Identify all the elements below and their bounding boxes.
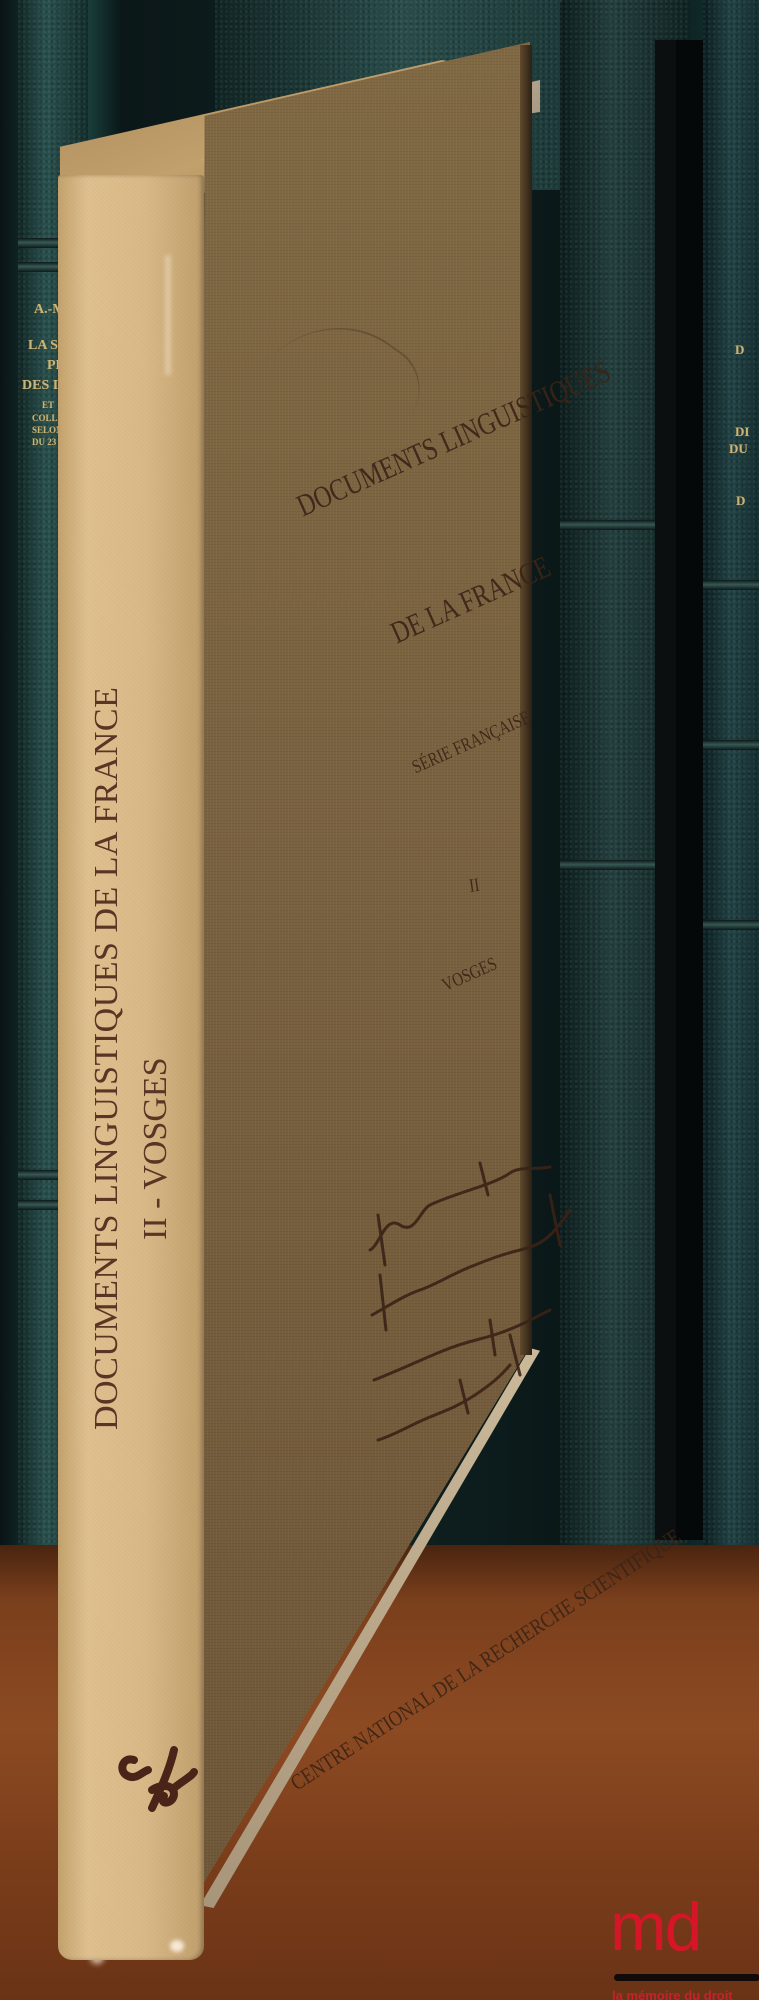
watermark-underline [614,1974,759,1981]
spine-bottom-glare [170,1940,184,1952]
cnrs-logo-icon [112,1728,202,1818]
watermark-tagline: la mémoire du droit [612,1988,733,2000]
background-book-right [703,0,759,1560]
right-spine-gilt-text: DI [735,424,749,440]
spine-title: DOCUMENTS LINGUISTIQUES DE LA FRANCE [88,687,126,1430]
right-spine-gilt-text: DU [729,441,748,457]
handwritten-inscription-icon [360,1155,600,1455]
photo-scene: A.-M LA S PR DES I ET COLLEC SELON DU 23… [0,0,759,2000]
left-spine-gilt-text: LA S [28,338,58,354]
left-spine-gilt-text: DES I [22,378,58,394]
right-spine-gilt-text: D [735,342,744,358]
watermark-logo: md [610,1892,700,1962]
watermark: md la mémoire du droit [600,1892,759,2000]
spine-subtitle: II - VOSGES [137,1057,175,1240]
spine-glare [165,255,171,375]
left-spine-gilt-text: DU 23 [32,437,56,447]
book-spine [58,175,204,1960]
right-spine-gilt-text: D [736,493,745,509]
left-spine-gilt-text: ET [42,400,54,410]
